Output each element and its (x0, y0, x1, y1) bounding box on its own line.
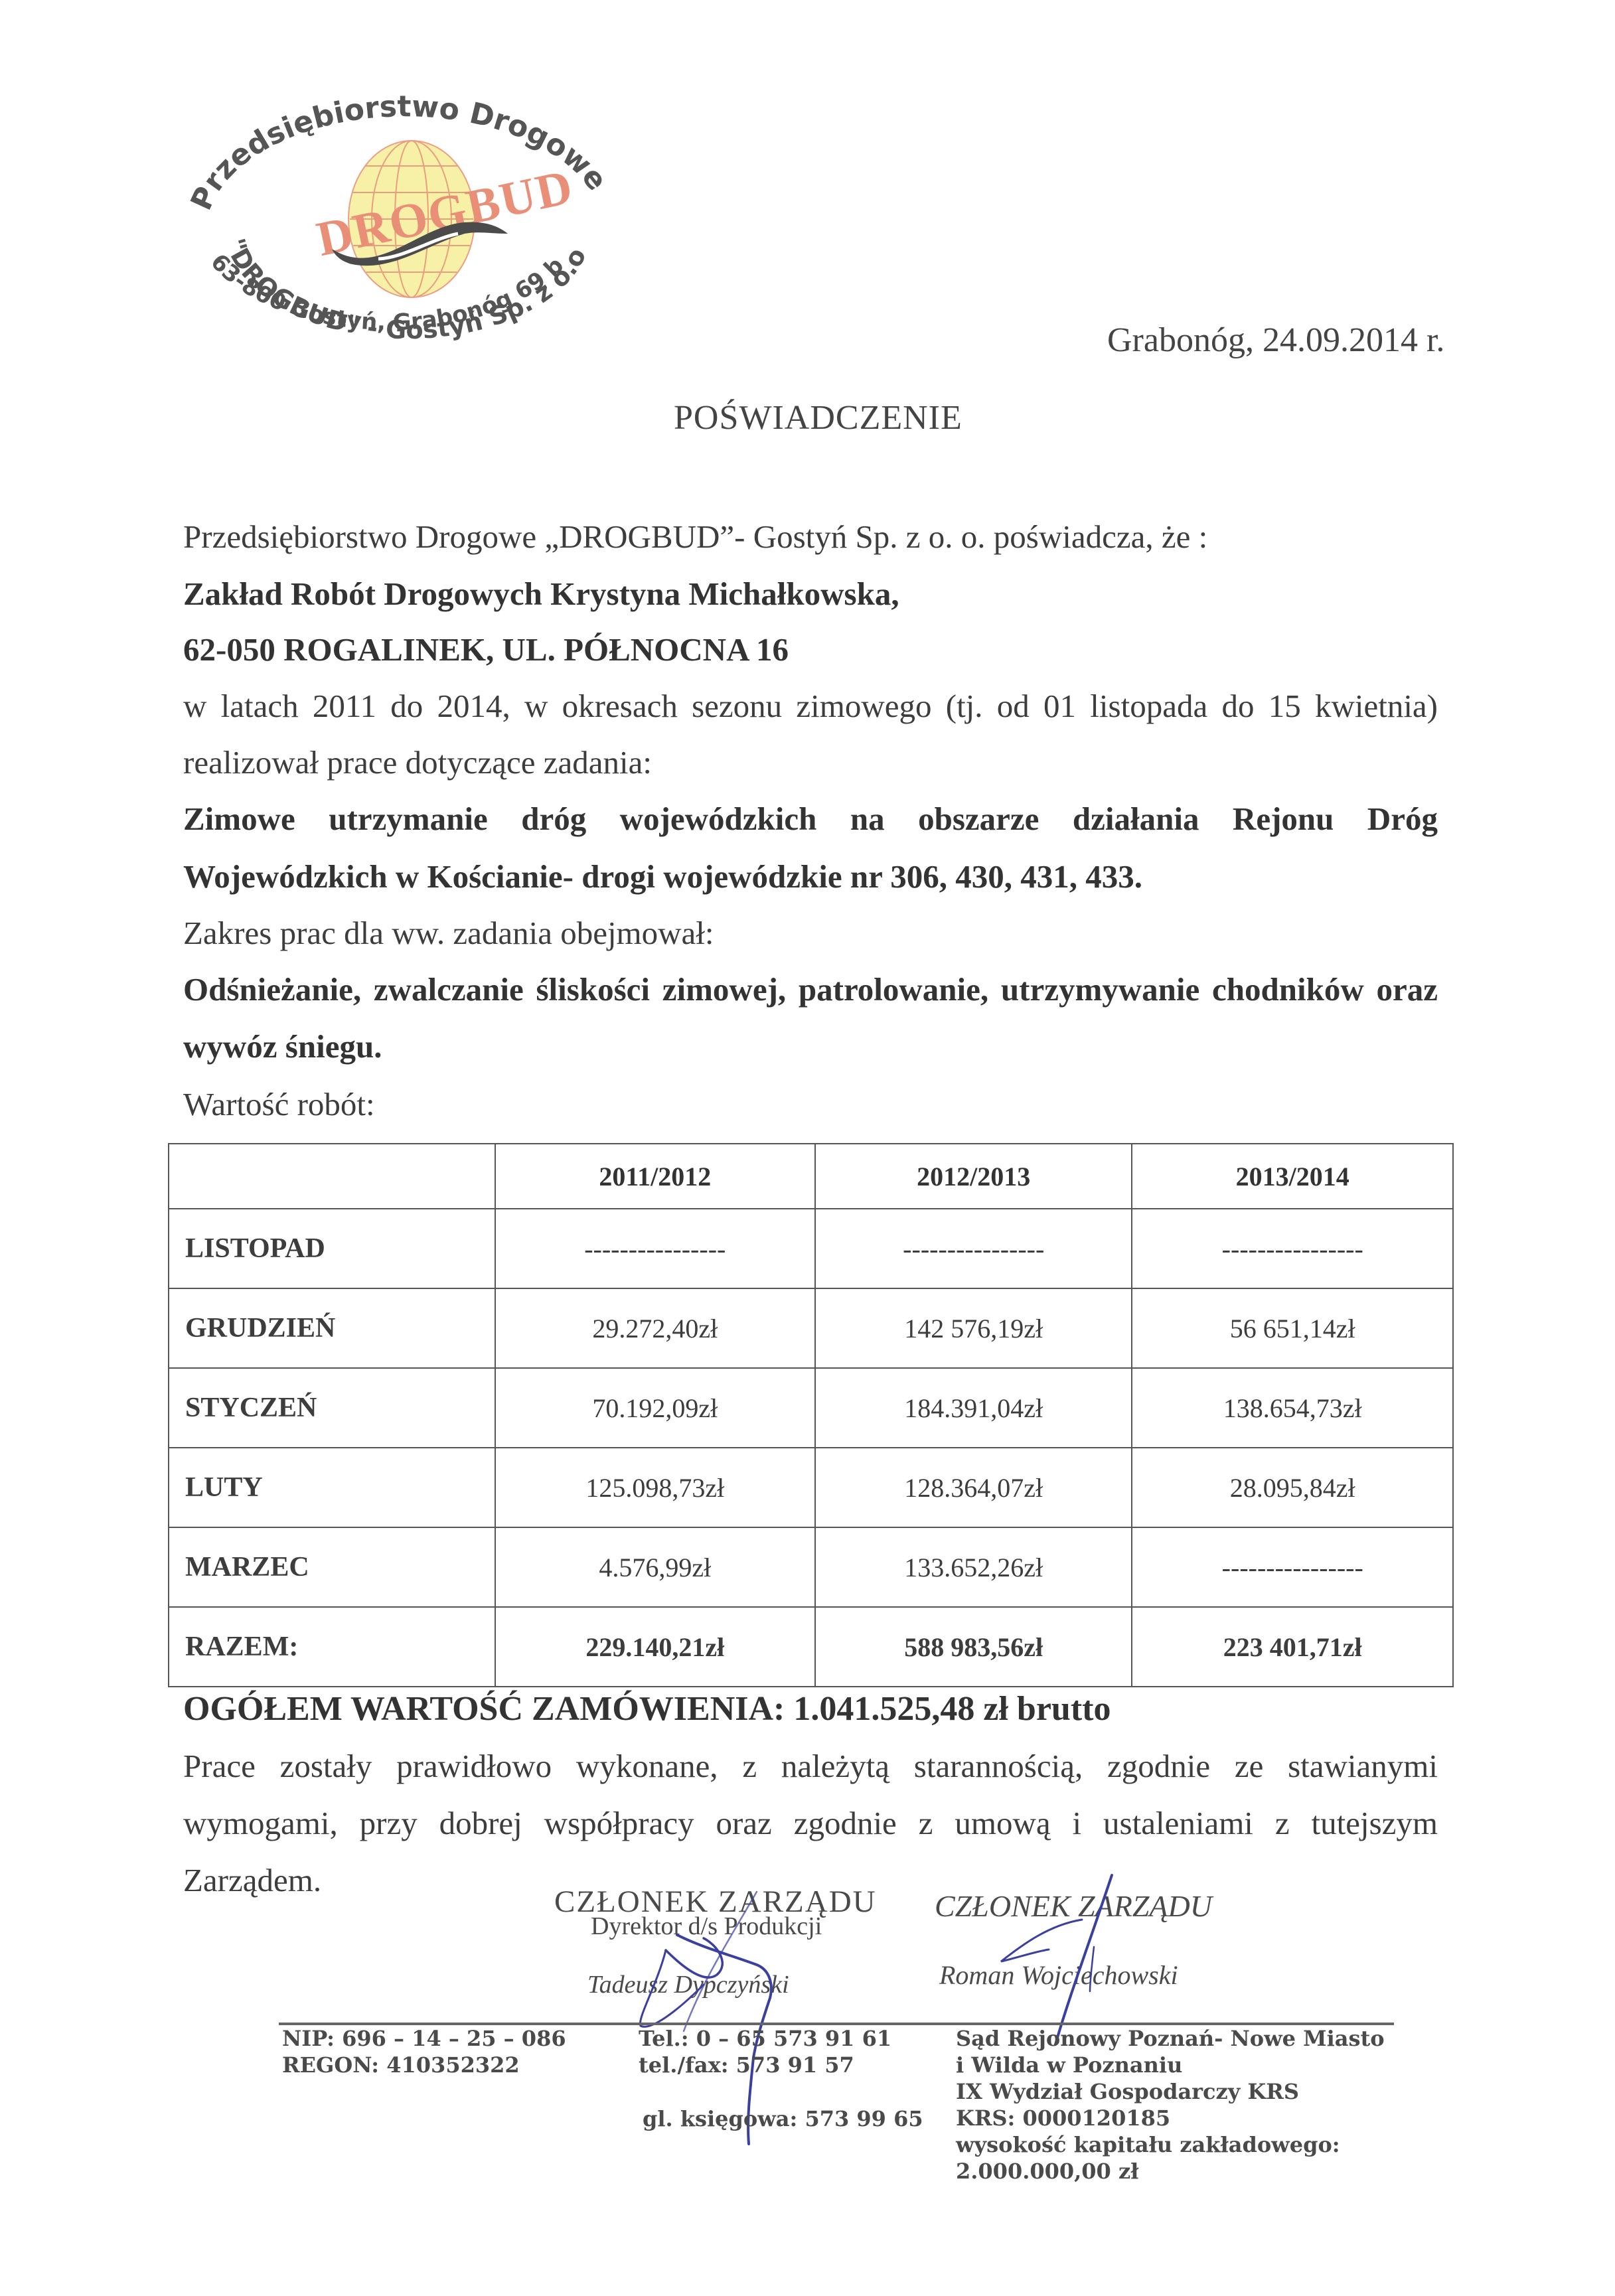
footer-phones: Tel.: 0 – 65 573 91 61 tel./fax: 573 91 … (639, 2025, 891, 2078)
place-and-date: Grabonóg, 24.09.2014 r. (1107, 321, 1444, 360)
value-cell: 138.654,73zł (1132, 1368, 1453, 1448)
table-row: LUTY125.098,73zł128.364,07zł28.095,84zł (169, 1448, 1453, 1527)
value-cell: ---------------- (815, 1209, 1132, 1288)
value-cell: 229.140,21zł (495, 1607, 815, 1687)
period-line-1: w latach 2011 do 2014, w okresach sezonu… (183, 687, 1438, 725)
signatory-2-name: Roman Wojciechowski (939, 1959, 1178, 1991)
table-row: MARZEC4.576,99zł133.652,26zł------------… (169, 1527, 1453, 1607)
value-cell: 142 576,19zł (815, 1288, 1132, 1368)
scope-line-1: Odśnieżanie, zwalczanie śliskości zimowe… (183, 970, 1438, 1008)
footer-tax-ids: NIP: 696 – 14 – 25 – 086 REGON: 41035232… (282, 2025, 566, 2078)
signatory-1-subtitle: Dyrektor d/s Produkcji (591, 1912, 822, 1941)
company-logo: DROGBUD Przedsiębiorstwo Drogowe "DROGBU… (179, 60, 617, 372)
court-location: i Wilda w Poznaniu (956, 2052, 1385, 2078)
value-cell: 223 401,71zł (1132, 1607, 1453, 1687)
month-label: MARZEC (169, 1527, 495, 1607)
table-row: GRUDZIEŃ29.272,40zł142 576,19zł56 651,14… (169, 1288, 1453, 1368)
value-cell: 133.652,26zł (815, 1527, 1132, 1607)
column-header: 2013/2014 (1132, 1144, 1453, 1209)
work-value-table: 2011/2012 2012/2013 2013/2014 LISTOPAD--… (168, 1143, 1454, 1687)
nip-number: NIP: 696 – 14 – 25 – 086 (282, 2025, 566, 2052)
value-cell: 128.364,07zł (815, 1448, 1132, 1527)
task-line-2: Wojewódzkich w Kościanie- drogi wojewódz… (183, 858, 1142, 895)
signatory-2-role: CZŁONEK ZARZĄDU (935, 1888, 1212, 1924)
value-label: Wartość robót: (183, 1085, 375, 1123)
value-cell: 70.192,09zł (495, 1368, 815, 1448)
krs-number: KRS: 0000120185 (956, 2105, 1385, 2131)
contractor-name: Zakład Robót Drogowych Krystyna Michałko… (183, 575, 899, 613)
value-cell: ---------------- (1132, 1527, 1453, 1607)
month-label: RAZEM: (169, 1607, 495, 1687)
closing-line-3: Zarządem. (183, 1861, 321, 1899)
month-label: STYCZEŃ (169, 1368, 495, 1448)
intro-text: Przedsiębiorstwo Drogowe „DROGBUD”- Gost… (183, 518, 1207, 556)
month-label: GRUDZIEŃ (169, 1288, 495, 1368)
task-line-1: Zimowe utrzymanie dróg wojewódzkich na o… (183, 800, 1438, 838)
month-label: LUTY (169, 1448, 495, 1527)
value-cell: 125.098,73zł (495, 1448, 815, 1527)
value-cell: 56 651,14zł (1132, 1288, 1453, 1368)
value-cell: ---------------- (495, 1209, 815, 1288)
period-line-2: realizował prace dotyczące zadania: (183, 743, 652, 781)
value-cell: ---------------- (1132, 1209, 1453, 1288)
value-cell: 28.095,84zł (1132, 1448, 1453, 1527)
month-label: LISTOPAD (169, 1209, 495, 1288)
court-name: Sąd Rejonowy Poznań- Nowe Miasto (956, 2025, 1385, 2052)
table-total-row: RAZEM:229.140,21zł588 983,56zł223 401,71… (169, 1607, 1453, 1687)
value-cell: 4.576,99zł (495, 1527, 815, 1607)
grand-total: OGÓŁEM WARTOŚĆ ZAMÓWIENIA: 1.041.525,48 … (183, 1689, 1111, 1728)
value-cell: 29.272,40zł (495, 1288, 815, 1368)
value-cell: 588 983,56zł (815, 1607, 1132, 1687)
share-capital-value: 2.000.000,00 zł (956, 2158, 1385, 2184)
value-cell: 184.391,04zł (815, 1368, 1132, 1448)
table-row: LISTOPAD--------------------------------… (169, 1209, 1453, 1288)
regon-number: REGON: 410352322 (282, 2052, 566, 2078)
phone-number: Tel.: 0 – 65 573 91 61 (639, 2025, 891, 2052)
column-header: 2012/2013 (815, 1144, 1132, 1209)
scope-line-2: wywóz śniegu. (183, 1028, 382, 1065)
share-capital-label: wysokość kapitału zakładowego: (956, 2131, 1385, 2158)
court-department: IX Wydział Gospodarczy KRS (956, 2078, 1385, 2105)
document-title: POŚWIADCZENIE (674, 398, 962, 437)
accountant-phone: gl. księgowa: 573 99 65 (643, 2105, 923, 2132)
closing-line-2: wymogami, przy dobrej współpracy oraz zg… (183, 1804, 1438, 1842)
table-row: STYCZEŃ70.192,09zł184.391,04zł138.654,73… (169, 1368, 1453, 1448)
closing-line-1: Prace zostały prawidłowo wykonane, z nal… (183, 1747, 1438, 1785)
signatory-1-name: Tadeusz Dypczyński (587, 1970, 789, 1999)
contractor-address: 62-050 ROGALINEK, UL. PÓŁNOCNA 16 (183, 631, 789, 668)
scope-label: Zakres prac dla ww. zadania obejmował: (183, 914, 714, 952)
column-header (169, 1144, 495, 1209)
table-header-row: 2011/2012 2012/2013 2013/2014 (169, 1144, 1453, 1209)
column-header: 2011/2012 (495, 1144, 815, 1209)
fax-number: tel./fax: 573 91 57 (639, 2052, 891, 2078)
footer-registry: Sąd Rejonowy Poznań- Nowe Miasto i Wilda… (956, 2025, 1385, 2184)
